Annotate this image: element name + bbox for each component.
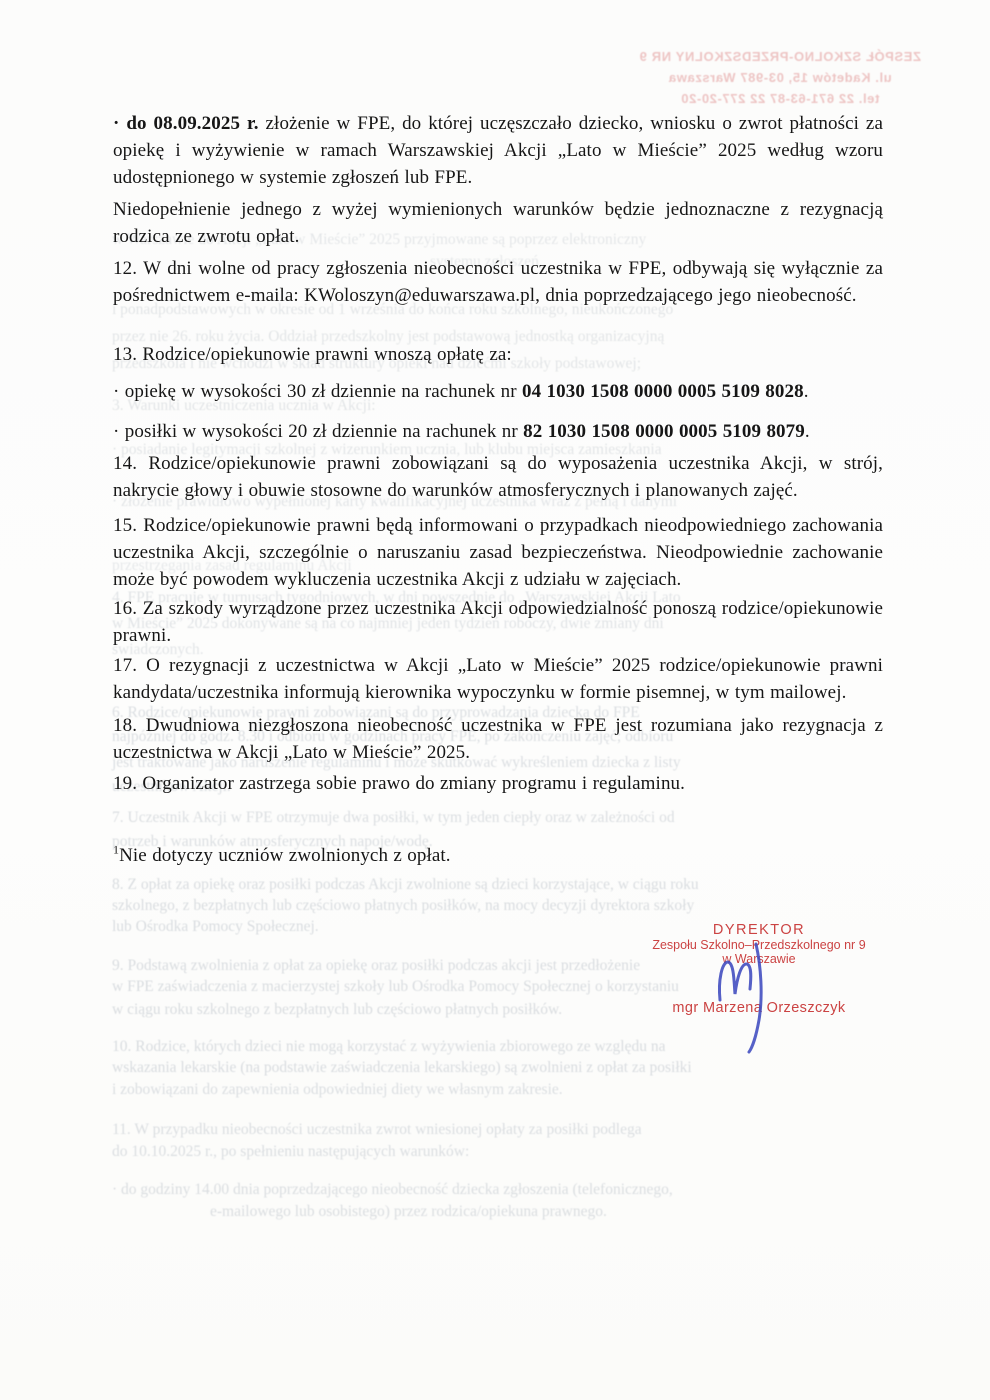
scanned-page: w Warszawie do Akcji „Lato w Mieście” 20… <box>0 0 990 1400</box>
ghost-text-line: 7. Uczestnik Akcji w FPE otrzymuje dwa p… <box>112 808 884 828</box>
para-13: 13. Rodzice/opiekunowie prawni wnoszą op… <box>113 341 883 368</box>
para-17: 17. O rezygnacji z uczestnictwa w Akcji … <box>113 652 883 706</box>
para-fee-meals: · posiłki w wysokości 20 zł dziennie na … <box>113 418 883 445</box>
ghost-text-line: szkolnego, z bezpłatnych lub częściowo p… <box>112 896 884 916</box>
para-19: 19. Organizator zastrzega sobie prawo do… <box>113 770 883 797</box>
para-fee-care: · opiekę w wysokości 30 zł dziennie na r… <box>113 378 883 405</box>
ghost-text-line: wskazania lekarskie (na podstawie zaświa… <box>112 1058 884 1078</box>
ghost-text-line: do 10.10.2025 r., po spełnieniu następuj… <box>112 1142 884 1162</box>
para-14: 14. Rodzice/opiekunowie prawni zobowiąza… <box>113 450 883 504</box>
ghost-text-line: · do godziny 14.00 dnia poprzedzającego … <box>112 1180 884 1200</box>
ghost-text-line: 11. W przypadku nieobecności uczestnika … <box>112 1120 884 1140</box>
director-stamp: DYREKTOR Zespołu Szkolno–Przedszkolnego … <box>628 922 890 1016</box>
para-footnote: 1Nie dotyczy uczniów zwolnionych z opłat… <box>113 842 883 869</box>
ghost-text-line: i zobowiązani do zapewnienia odpowiednie… <box>112 1080 884 1100</box>
ghost-stamp-line: tel. 22 671-63-87 22 277-20-20 <box>610 88 950 109</box>
para-deadline: · do 08.09.2025 r. złożenie w FPE, do kt… <box>113 110 883 191</box>
stamp-city: w Warszawie <box>628 952 890 966</box>
stamp-title: DYREKTOR <box>628 922 890 938</box>
para-12: 12. W dni wolne od pracy zgłoszenia nieo… <box>113 255 883 309</box>
ghost-stamp-line: ZESPÓŁ SZKOLNO-PRZEDSZKOLNY NR 9 <box>610 46 950 67</box>
para-15: 15. Rodzice/opiekunowie prawni będą info… <box>113 512 883 593</box>
para-16: 16. Za szkody wyrządzone przez uczestnik… <box>113 595 883 649</box>
ghost-text-line: 8. Z opłat za opiekę oraz posiłki podcza… <box>112 875 884 895</box>
para-warning: Niedopełnienie jednego z wyżej wymienion… <box>113 196 883 250</box>
stamp-director-name: mgr Marzena Orzeszczyk <box>628 1000 890 1016</box>
para-18: 18. Dwudniowa niezgłoszona nieobecność u… <box>113 712 883 766</box>
ghost-stamp-line: ul. Kadetów 15, 03-987 Warszawa <box>610 67 950 88</box>
stamp-institution: Zespołu Szkolno–Przedszkolnego nr 9 <box>628 938 890 952</box>
school-stamp-bleed-mirrored: ZESPÓŁ SZKOLNO-PRZEDSZKOLNY NR 9ul. Kade… <box>610 46 950 109</box>
ghost-text-line: 10. Rodzice, których dzieci nie mogą kor… <box>112 1037 884 1057</box>
ghost-text-line: e-mailowego lub osobistego) przez rodzic… <box>210 1202 770 1222</box>
